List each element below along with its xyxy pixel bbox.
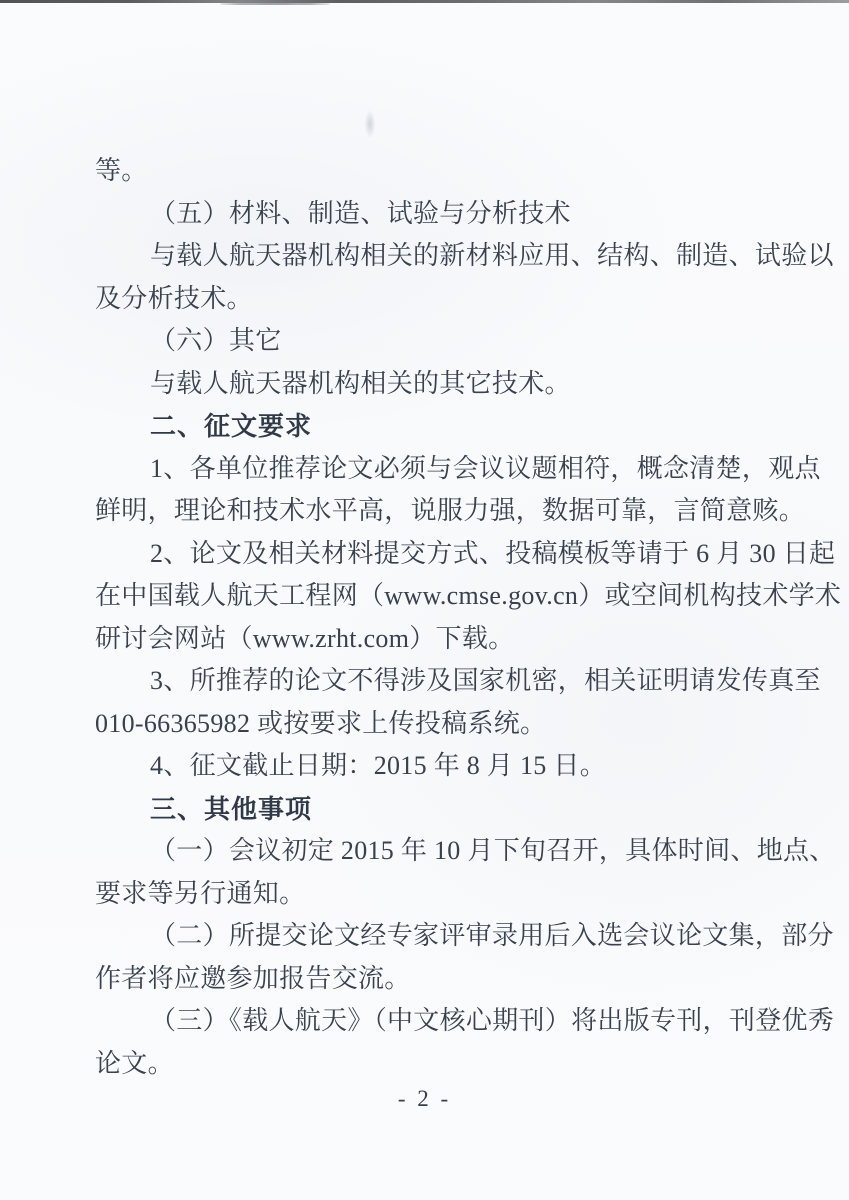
text-line: 3、所推荐的论文不得涉及国家机密，相关证明请发传真至 <box>95 660 773 703</box>
text-line: 与载人航天器机构相关的其它技术。 <box>95 363 773 406</box>
section-heading: 三、其他事项 <box>95 788 773 831</box>
document-body: 等。 （五）材料、制造、试验与分析技术 与载人航天器机构相关的新材料应用、结构、… <box>95 150 773 1085</box>
page-number: - 2 - <box>0 1086 849 1112</box>
text-line: 2、论文及相关材料提交方式、投稿模板等请于 6 月 30 日起 <box>95 533 773 576</box>
scan-smudge <box>362 108 378 148</box>
section-heading: 二、征文要求 <box>95 405 773 448</box>
text-line: （二）所提交论文经专家评审录用后入选会议论文集，部分 <box>95 915 773 958</box>
text-line: 要求等另行通知。 <box>95 873 773 916</box>
text-line: 作者将应邀参加报告交流。 <box>95 958 773 1001</box>
subsection-heading: （六）其它 <box>95 320 773 363</box>
text-line: （一）会议初定 2015 年 10 月下旬召开，具体时间、地点、 <box>95 830 773 873</box>
scan-artifact-top-edge <box>0 0 849 3</box>
text-line: 及分析技术。 <box>95 278 773 321</box>
text-line: 研讨会网站（www.zrht.com）下载。 <box>95 618 773 661</box>
text-line: 鲜明，理论和技术水平高，说服力强，数据可靠，言简意赅。 <box>95 490 773 533</box>
subsection-heading: （五）材料、制造、试验与分析技术 <box>95 193 773 236</box>
text-line: 4、征文截止日期：2015 年 8 月 15 日。 <box>95 745 773 788</box>
text-line: 等。 <box>95 150 773 193</box>
text-line: 论文。 <box>95 1043 773 1086</box>
text-line: （三）《载人航天》（中文核心期刊）将出版专刊，刊登优秀 <box>95 1000 773 1043</box>
text-line: 与载人航天器机构相关的新材料应用、结构、制造、试验以 <box>95 235 773 278</box>
text-line: 1、各单位推荐论文必须与会议议题相符，概念清楚，观点 <box>95 448 773 491</box>
text-line: 在中国载人航天工程网（www.cmse.gov.cn）或空间机构技术学术 <box>95 575 773 618</box>
text-line: 010-66365982 或按要求上传投稿系统。 <box>95 703 773 746</box>
scanned-page: 等。 （五）材料、制造、试验与分析技术 与载人航天器机构相关的新材料应用、结构、… <box>0 0 849 1200</box>
